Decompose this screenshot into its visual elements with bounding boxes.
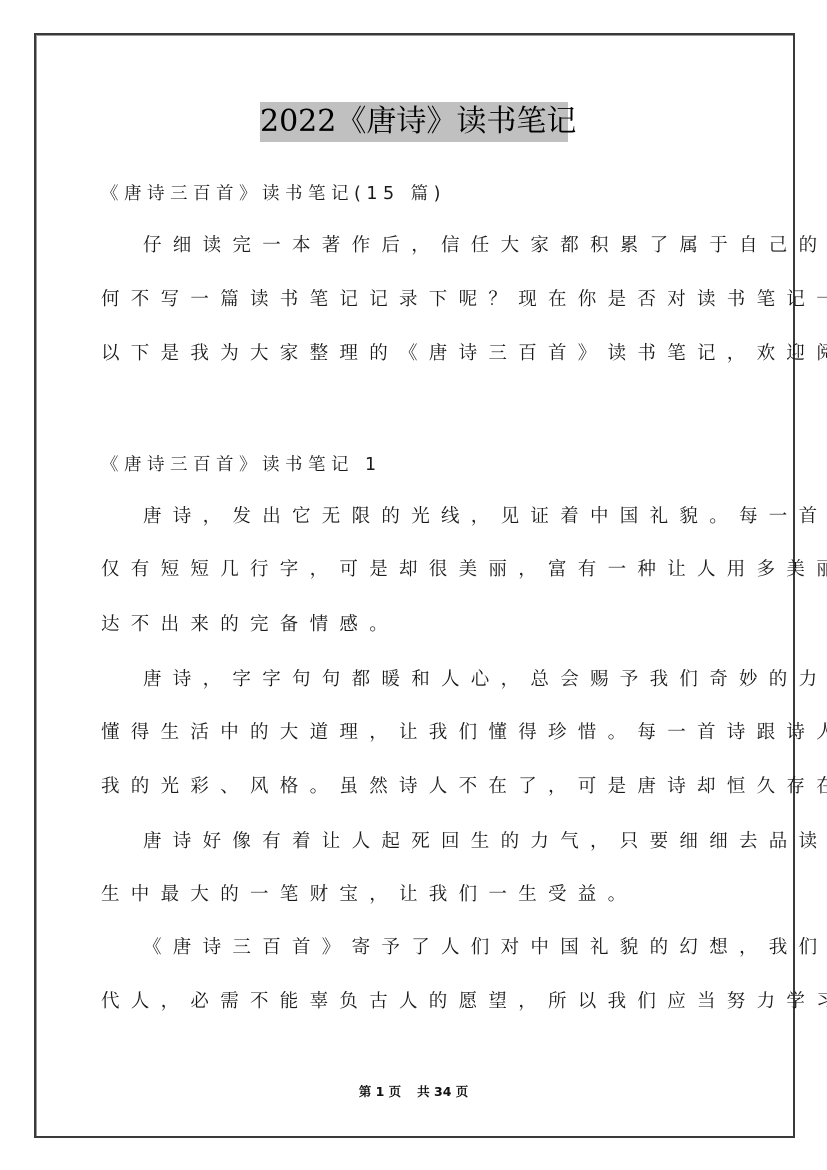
intro-line: 仔细读完一本著作后，信任大家都积累了属于自己的读书感悟，: [143, 231, 783, 261]
body-line: 生中最大的一笔财宝，让我们一生受益。: [101, 880, 741, 910]
body-line: 懂得生活中的大道理，让我们懂得珍惜。每一首诗跟诗人一样，有自: [101, 718, 741, 748]
document-title: 2022《唐诗》读书笔记: [260, 102, 568, 142]
page-footer: 第 1 页共 34 页: [0, 1083, 827, 1101]
section-heading: 《唐诗三百首》读书笔记 1: [101, 450, 741, 480]
body-line: 唐诗好像有着让人起死回生的力气，只要细细去品读，这便是人: [143, 827, 783, 857]
total-pages: 共 34 页: [417, 1083, 468, 1101]
body-line: 唐诗，发出它无限的光线，见证着中国礼貌。每一首诗都很简朴，: [143, 502, 783, 532]
intro-line: 以下是我为大家整理的《唐诗三百首》读书笔记，欢迎阅读与保藏。: [101, 339, 741, 369]
body-line: 唐诗，字字句句都暖和人心，总会赐予我们奇妙的力气，让我们: [143, 665, 783, 695]
document-subtitle: 《唐诗三百首》读书笔记(15 篇): [101, 179, 741, 209]
body-line: 达不出来的完备情感。: [101, 610, 741, 640]
page-number: 第 1 页: [359, 1083, 401, 1101]
body-line: 仅有短短几行字，可是却很美丽，富有一种让人用多美丽的语言都表: [101, 555, 741, 585]
intro-line: 何不写一篇读书笔记记录下呢？现在你是否对读书笔记一筹莫展呢？: [101, 285, 741, 315]
body-line: 我的光彩、风格。虽然诗人不在了，可是唐诗却恒久存在!: [101, 772, 741, 802]
body-line: 代人，必需不能辜负古人的愿望，所以我们应当努力学习，不单是为: [101, 987, 741, 1017]
body-line: 《唐诗三百首》寄予了人们对中国礼貌的幻想，我们做为一个现: [143, 933, 783, 963]
